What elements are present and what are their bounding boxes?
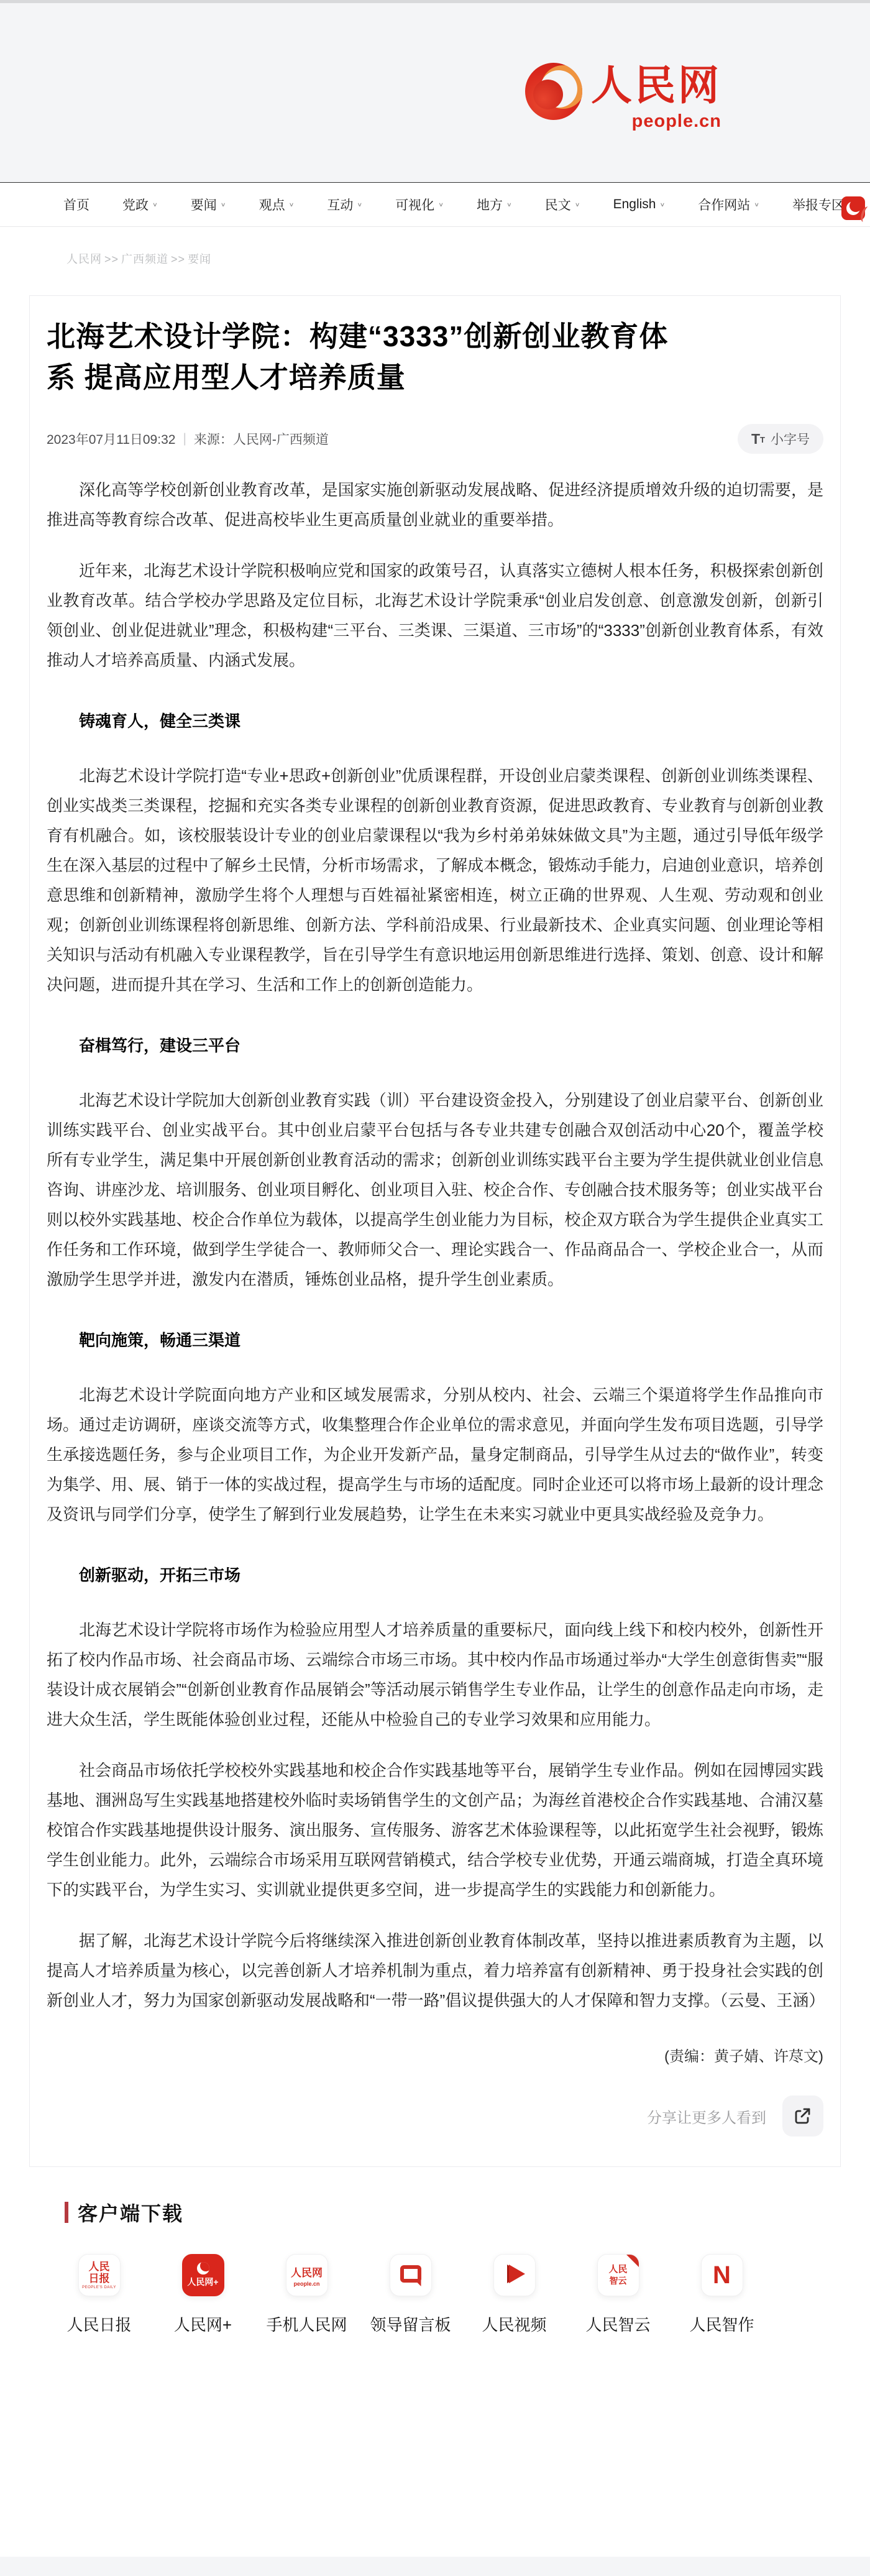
breadcrumb-link[interactable]: 要闻 [188, 253, 211, 265]
article-block: 北海艺术设计学院加大创新创业教育实践（训）平台建设资金投入，分别建设了创业启蒙平… [47, 1085, 823, 1294]
nav-item[interactable]: 互动 ∨ [327, 195, 362, 214]
share-label: 分享让更多人看到 [647, 2105, 766, 2127]
app-logo-subtext: 智云 [610, 2276, 627, 2286]
article-block: 北海艺术设计学院将市场作为检验应用型人才培养质量的重要标尺，面向线上线下和校内校… [47, 1615, 823, 1734]
app-download-item[interactable]: N 人民智作 [670, 2254, 774, 2335]
chevron-down-icon: ∨ [221, 201, 226, 208]
app-download-item[interactable]: 人民 智云 人民智云 [566, 2254, 670, 2335]
meta-separator: | [183, 431, 186, 446]
breadcrumb-part: 广西频道>> [121, 253, 188, 265]
app-label: 领导留言板 [370, 2312, 451, 2335]
chevron-down-icon: ∨ [659, 201, 665, 208]
nav-item-label: 观点 [259, 195, 285, 214]
chevron-down-icon: ∨ [575, 201, 580, 208]
client-download-section: 客户端下载 人民日报 PEOPLE'S DAILY 人民日报 人民网+ 人民网+ [65, 2198, 870, 2335]
font-size-icon [751, 432, 765, 446]
people-cn-logo[interactable]: 人民网 people.cn [525, 63, 721, 132]
font-size-label: 小字号 [771, 430, 810, 448]
zhiyun-icon: 人民 智云 [597, 2254, 639, 2296]
logo-en-text: people.cn [632, 111, 721, 132]
app-logo-glyph [509, 2265, 525, 2283]
app-download-item[interactable]: 人民视频 [462, 2254, 566, 2335]
mobile-people-icon: 人民网 people.cn [286, 2254, 328, 2296]
app-logo-glyph [626, 2255, 639, 2267]
app-logo-text: N [713, 2263, 731, 2288]
site-header: 人民网 people.cn [0, 3, 870, 182]
app-label: 人民网+ [174, 2312, 232, 2335]
share-icon [794, 2107, 812, 2125]
app-logo-text: 人民日报 [87, 2261, 112, 2284]
app-logo-subtext: people.cn [293, 2281, 319, 2287]
main-nav: 首页 党政 ∨ 要闻 ∨ 观点 ∨ 互动 ∨ 可视化 ∨ 地方 ∨ 民文 ∨ E… [0, 182, 870, 227]
app-logo-text: 人民 [608, 2265, 627, 2275]
people-daily-icon: 人民日报 PEOPLE'S DAILY [78, 2254, 121, 2296]
logo-cn-text: 人民网 [591, 63, 721, 110]
breadcrumb-separator: >> [171, 253, 185, 265]
share-button[interactable] [782, 2095, 823, 2137]
nav-item[interactable]: 首页 [63, 195, 89, 214]
article-card: 北海艺术设计学院：构建“3333”创新创业教育体 系 提高应用型人才培养质量 2… [29, 295, 841, 2167]
nav-item[interactable]: 要闻 ∨ [191, 195, 226, 214]
breadcrumb-link[interactable]: 人民网 [66, 253, 102, 265]
chevron-down-icon: ∨ [289, 201, 295, 208]
app-label: 人民视频 [482, 2312, 546, 2335]
nav-item[interactable]: 举报专区 [792, 195, 845, 214]
nav-item-label: 党政 [122, 195, 149, 214]
article-block: 北海艺术设计学院打造“专业+思政+创新创业”优质课程群，开设创业启蒙类课程、创新… [47, 761, 823, 1000]
nav-item[interactable]: 地方 ∨ [477, 195, 512, 214]
nav-item-label: 互动 [327, 195, 353, 214]
article-block: 靶向施策，畅通三渠道 [47, 1325, 823, 1355]
nav-item-label: 要闻 [191, 195, 217, 214]
breadcrumb-part: 要闻 [188, 253, 211, 265]
breadcrumb-part: 人民网>> [66, 253, 121, 265]
chevron-down-icon: ∨ [152, 201, 158, 208]
breadcrumb: 人民网>>广西频道>>要闻 [66, 251, 870, 267]
app-download-item[interactable]: 人民网 people.cn 手机人民网 [255, 2254, 359, 2335]
chevron-down-icon: ∨ [438, 201, 444, 208]
app-download-item[interactable]: 人民网+ 人民网+ [151, 2254, 255, 2335]
nav-item-label: 可视化 [395, 195, 434, 214]
nav-item-label: 地方 [477, 195, 503, 214]
article-block: 近年来，北海艺术设计学院积极响应党和国家的政策号召，认真落实立德树人根本任务，积… [47, 556, 823, 675]
page-footer-strip [0, 2557, 870, 2576]
people-swirl-icon [846, 201, 860, 215]
nav-item-label: 民文 [545, 195, 571, 214]
nav-item-label: 首页 [63, 195, 89, 214]
nav-item[interactable]: 民文 ∨ [545, 195, 580, 214]
article-source[interactable]: 来源：人民网-广西频道 [194, 430, 329, 448]
chevron-down-icon: ∨ [357, 201, 362, 208]
app-logo-text: 人民网 [291, 2264, 323, 2279]
people-plus-icon: 人民网+ [182, 2254, 224, 2296]
share-row: 分享让更多人看到 [47, 2095, 823, 2137]
article-block: 铸魂育人，健全三类课 [47, 706, 823, 736]
font-size-button[interactable]: 小字号 [738, 424, 823, 454]
section-accent-bar [65, 2202, 68, 2223]
app-logo-glyph [197, 2262, 209, 2275]
people-video-icon [493, 2254, 536, 2296]
app-logo-subtext: PEOPLE'S DAILY [82, 2286, 116, 2289]
article-meta-row: 2023年07月11日09:32 | 来源：人民网-广西频道 小字号 [47, 424, 823, 454]
app-logo-glyph [400, 2265, 421, 2283]
article-body: 深化高等学校创新创业教育改革，是国家实施创新驱动发展战略、促进经济提质增效升级的… [47, 475, 823, 2015]
breadcrumb-separator: >> [104, 253, 119, 265]
nav-item-label: 举报专区 [792, 195, 845, 214]
nav-item[interactable]: 可视化 ∨ [395, 195, 444, 214]
article-block: 社会商品市场依托学校校外实践基地和校企合作实践基地等平台，展销学生专业作品。例如… [47, 1755, 823, 1905]
apps-row: 人民日报 PEOPLE'S DAILY 人民日报 人民网+ 人民网+ 人民网 p… [47, 2254, 870, 2335]
app-download-item[interactable]: 人民日报 PEOPLE'S DAILY 人民日报 [47, 2254, 151, 2335]
article-block: 创新驱动，开拓三市场 [47, 1560, 823, 1590]
nav-item[interactable]: English ∨ [613, 197, 666, 212]
editors-note: (责编：黄子婧、许荩文) [47, 2044, 823, 2066]
section-title: 客户端下载 [78, 2198, 183, 2227]
app-label: 人民智作 [689, 2312, 754, 2335]
page-title: 北海艺术设计学院：构建“3333”创新创业教育体 [47, 316, 823, 357]
app-label: 人民日报 [66, 2312, 131, 2335]
breadcrumb-link[interactable]: 广西频道 [121, 253, 168, 265]
people-swirl-icon [525, 63, 582, 120]
nav-item[interactable]: 党政 ∨ [122, 195, 158, 214]
article-block: 北海艺术设计学院面向地方产业和区域发展需求，分别从校内、社会、云端三个渠道将学生… [47, 1380, 823, 1529]
nav-item[interactable]: 观点 ∨ [259, 195, 295, 214]
zhizuo-icon: N [701, 2254, 743, 2296]
publish-date: 2023年07月11日09:32 [47, 430, 175, 448]
app-download-item[interactable]: 领导留言板 [359, 2254, 462, 2335]
nav-item-label: English [613, 197, 656, 212]
chevron-down-icon: ∨ [754, 201, 759, 208]
chevron-down-icon: ∨ [506, 201, 512, 208]
app-label: 人民智云 [585, 2312, 650, 2335]
nav-item[interactable]: 合作网站 ∨ [698, 195, 759, 214]
article-block: 奋楫笃行，建设三平台 [47, 1031, 823, 1060]
app-logo-text: 人民网+ [187, 2276, 218, 2288]
nav-item-label: 合作网站 [698, 195, 750, 214]
article-block: 深化高等学校创新创业教育改革，是国家实施创新驱动发展战略、促进经济提质增效升级的… [47, 475, 823, 535]
page-title-line2: 系 提高应用型人才培养质量 [47, 357, 823, 398]
article-block: 据了解，北海艺术设计学院今后将继续深入推进创新创业教育体制改革，坚持以推进素质教… [47, 1926, 823, 2015]
message-board-icon [390, 2254, 432, 2296]
app-label: 手机人民网 [266, 2312, 347, 2335]
